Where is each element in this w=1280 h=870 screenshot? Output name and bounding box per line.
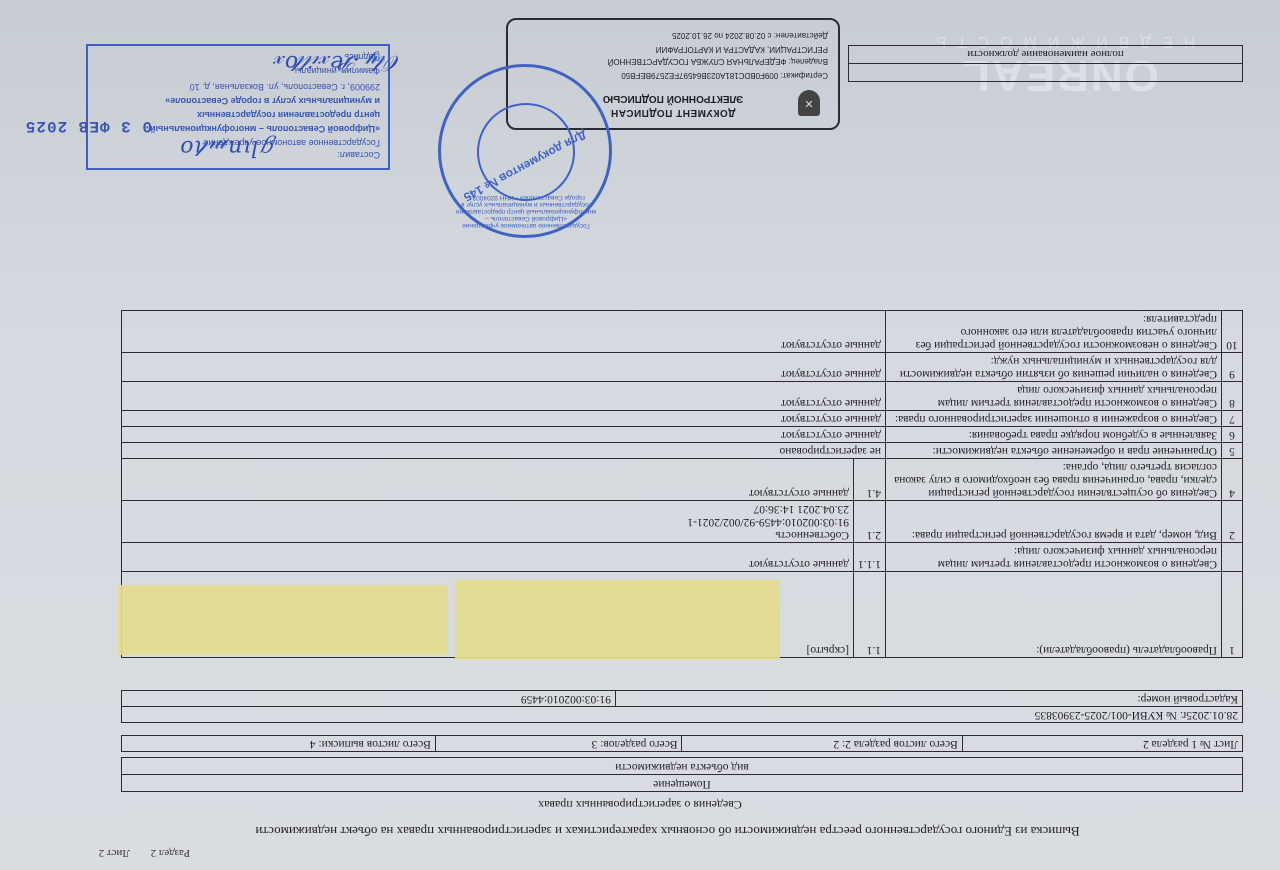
position-caption: полное наименование должности [849, 46, 1243, 64]
signature-1: ℊlιn𝓂𝓁ιο [180, 134, 280, 165]
document-title: Выписка из Единого государственного реес… [55, 824, 1280, 838]
table-row: Сведения о возможности предоставления тр… [122, 543, 1243, 572]
row-number [1222, 543, 1243, 572]
position-table: полное наименование должности [848, 45, 1243, 82]
row-value: данные отсутствуют [122, 543, 854, 572]
row-subnumber: 1.1.1 [854, 543, 886, 572]
row-label: Правообладатель (правообладатели): [886, 572, 1222, 658]
row-number: 1 [1222, 572, 1243, 658]
row-label: Сведения об осуществлении государственно… [886, 459, 1222, 501]
table-row: 7Сведения о возражении в отношении зарег… [122, 411, 1243, 427]
esign-owner2: РЕГИСТРАЦИИ, КАДАСТРА И КАРТОГРАФИИ [656, 45, 828, 54]
mfc-address: 299009, г. Севастополь, ул. Вокзальная, … [190, 82, 380, 92]
document-subtitle: Сведения о зарегистрированных правах [0, 798, 1280, 812]
row-number: 6 [1222, 427, 1243, 443]
sheet-number: Лист № 1 раздела 2 [962, 736, 1242, 752]
row-number: 7 [1222, 411, 1243, 427]
row-label: Заявленные в судебном порядке права треб… [886, 427, 1222, 443]
mfc-org4: и муниципальных услуг в городе Севастопо… [165, 96, 380, 106]
row-value: данные отсутствуют [122, 411, 886, 427]
row-value: данные отсутствуют [122, 459, 854, 501]
row-value: Собственность 91:03:002010:4459-92/002/2… [122, 501, 854, 543]
section-label: Раздел 2 [151, 847, 190, 859]
row-value: данные отсутствуют [122, 311, 886, 353]
table-row: 9Сведения о наличии решения об изъятии о… [122, 353, 1243, 382]
row-number: 2 [1222, 501, 1243, 543]
row-label: Сведения о возможности предоставления тр… [886, 543, 1222, 572]
mfc-org3: центр предоставления государственных [197, 110, 380, 120]
row-value: данные отсутствуют [122, 427, 886, 443]
object-type-table: Помещение вид объекта недвижимости [121, 757, 1243, 792]
cadastral-label: Кадастровый номер: [616, 691, 1243, 707]
row-number: 4 [1222, 459, 1243, 501]
position-blank [849, 64, 1243, 82]
row-label: Ограничение прав и обременение объекта н… [886, 443, 1222, 459]
date-stamp: 0 3 ФЕВ 2025 [25, 117, 152, 135]
row-label: Сведения о невозможности государственной… [886, 311, 1222, 353]
extract-date-number: 28.01.2025г. № КУВИ-001/2025-23903835 [122, 707, 1243, 723]
object-type-caption: вид объекта недвижимости [122, 758, 1243, 775]
row-number: 8 [1222, 382, 1243, 411]
row-label: Сведения о наличии решения об изъятии об… [886, 353, 1222, 382]
round-seal: Государственное автономное учреждение «Ц… [438, 64, 612, 238]
row-label: Вид, номер, дата и время государственной… [886, 501, 1222, 543]
esign-certificate: Сертификат: 009F0BDC181A023B64597FE2579B… [621, 71, 828, 80]
page-header: Раздел 2 Лист 2 [99, 846, 208, 860]
table-row: 2Вид, номер, дата и время государственно… [122, 501, 1243, 543]
row-value: данные отсутствуют [122, 382, 886, 411]
table-row: 5Ограничение прав и обременение объекта … [122, 443, 1243, 459]
cadastral-value: 91:03:002010:4459 [122, 691, 616, 707]
document-sheet: Раздел 2 Лист 2 Выписка из Единого госуд… [0, 0, 1280, 870]
redaction-mark [118, 585, 448, 655]
row-number: 10 [1222, 311, 1243, 353]
row-value: данные отсутствуют [122, 353, 886, 382]
registry-table: 28.01.2025г. № КУВИ-001/2025-23903835 Ка… [121, 690, 1243, 723]
object-type-value: Помещение [122, 775, 1243, 792]
sheet-info-table: Лист № 1 раздела 2 Всего листов раздела … [121, 735, 1243, 752]
sheet-label: Лист 2 [99, 847, 130, 859]
mfc-composed: Составил: [337, 150, 380, 160]
row-number: 5 [1222, 443, 1243, 459]
row-label: Сведения о возможности предоставления тр… [886, 382, 1222, 411]
sheets-total: Всего листов выписки: 4 [122, 736, 436, 752]
table-row: 8Сведения о возможности предоставления т… [122, 382, 1243, 411]
esign-owner: Владелец: ФЕДЕРАЛЬНАЯ СЛУЖБА ГОСУДАРСТВЕ… [608, 57, 828, 66]
row-subnumber: 1.1 [854, 572, 886, 658]
sheets-in-section: Всего листов раздела 2: 2 [682, 736, 962, 752]
signature-2: 𝒪𝓁𝓎 𝒫𝑒𝓍𝒾𝓁𝓁𝑜𝓍 [275, 50, 400, 75]
row-label: Сведения о возражении в отношении зареги… [886, 411, 1222, 427]
row-value: не зарегистрировано [122, 443, 886, 459]
table-row: 4Сведения об осуществлении государственн… [122, 459, 1243, 501]
sections-total: Всего разделов: 3 [435, 736, 682, 752]
row-subnumber: 2.1 [854, 501, 886, 543]
redaction-mark [455, 580, 780, 660]
table-row: 6Заявленные в судебном порядке права тре… [122, 427, 1243, 443]
row-subnumber: 4.1 [854, 459, 886, 501]
table-row: 10Сведения о невозможности государственн… [122, 311, 1243, 353]
mfc-org2: «Цифровой Севастополь – многофункциональ… [150, 124, 380, 134]
esign-valid: Действителен: с 02.08.2024 по 26.10.2025 [672, 31, 828, 40]
row-number: 9 [1222, 353, 1243, 382]
